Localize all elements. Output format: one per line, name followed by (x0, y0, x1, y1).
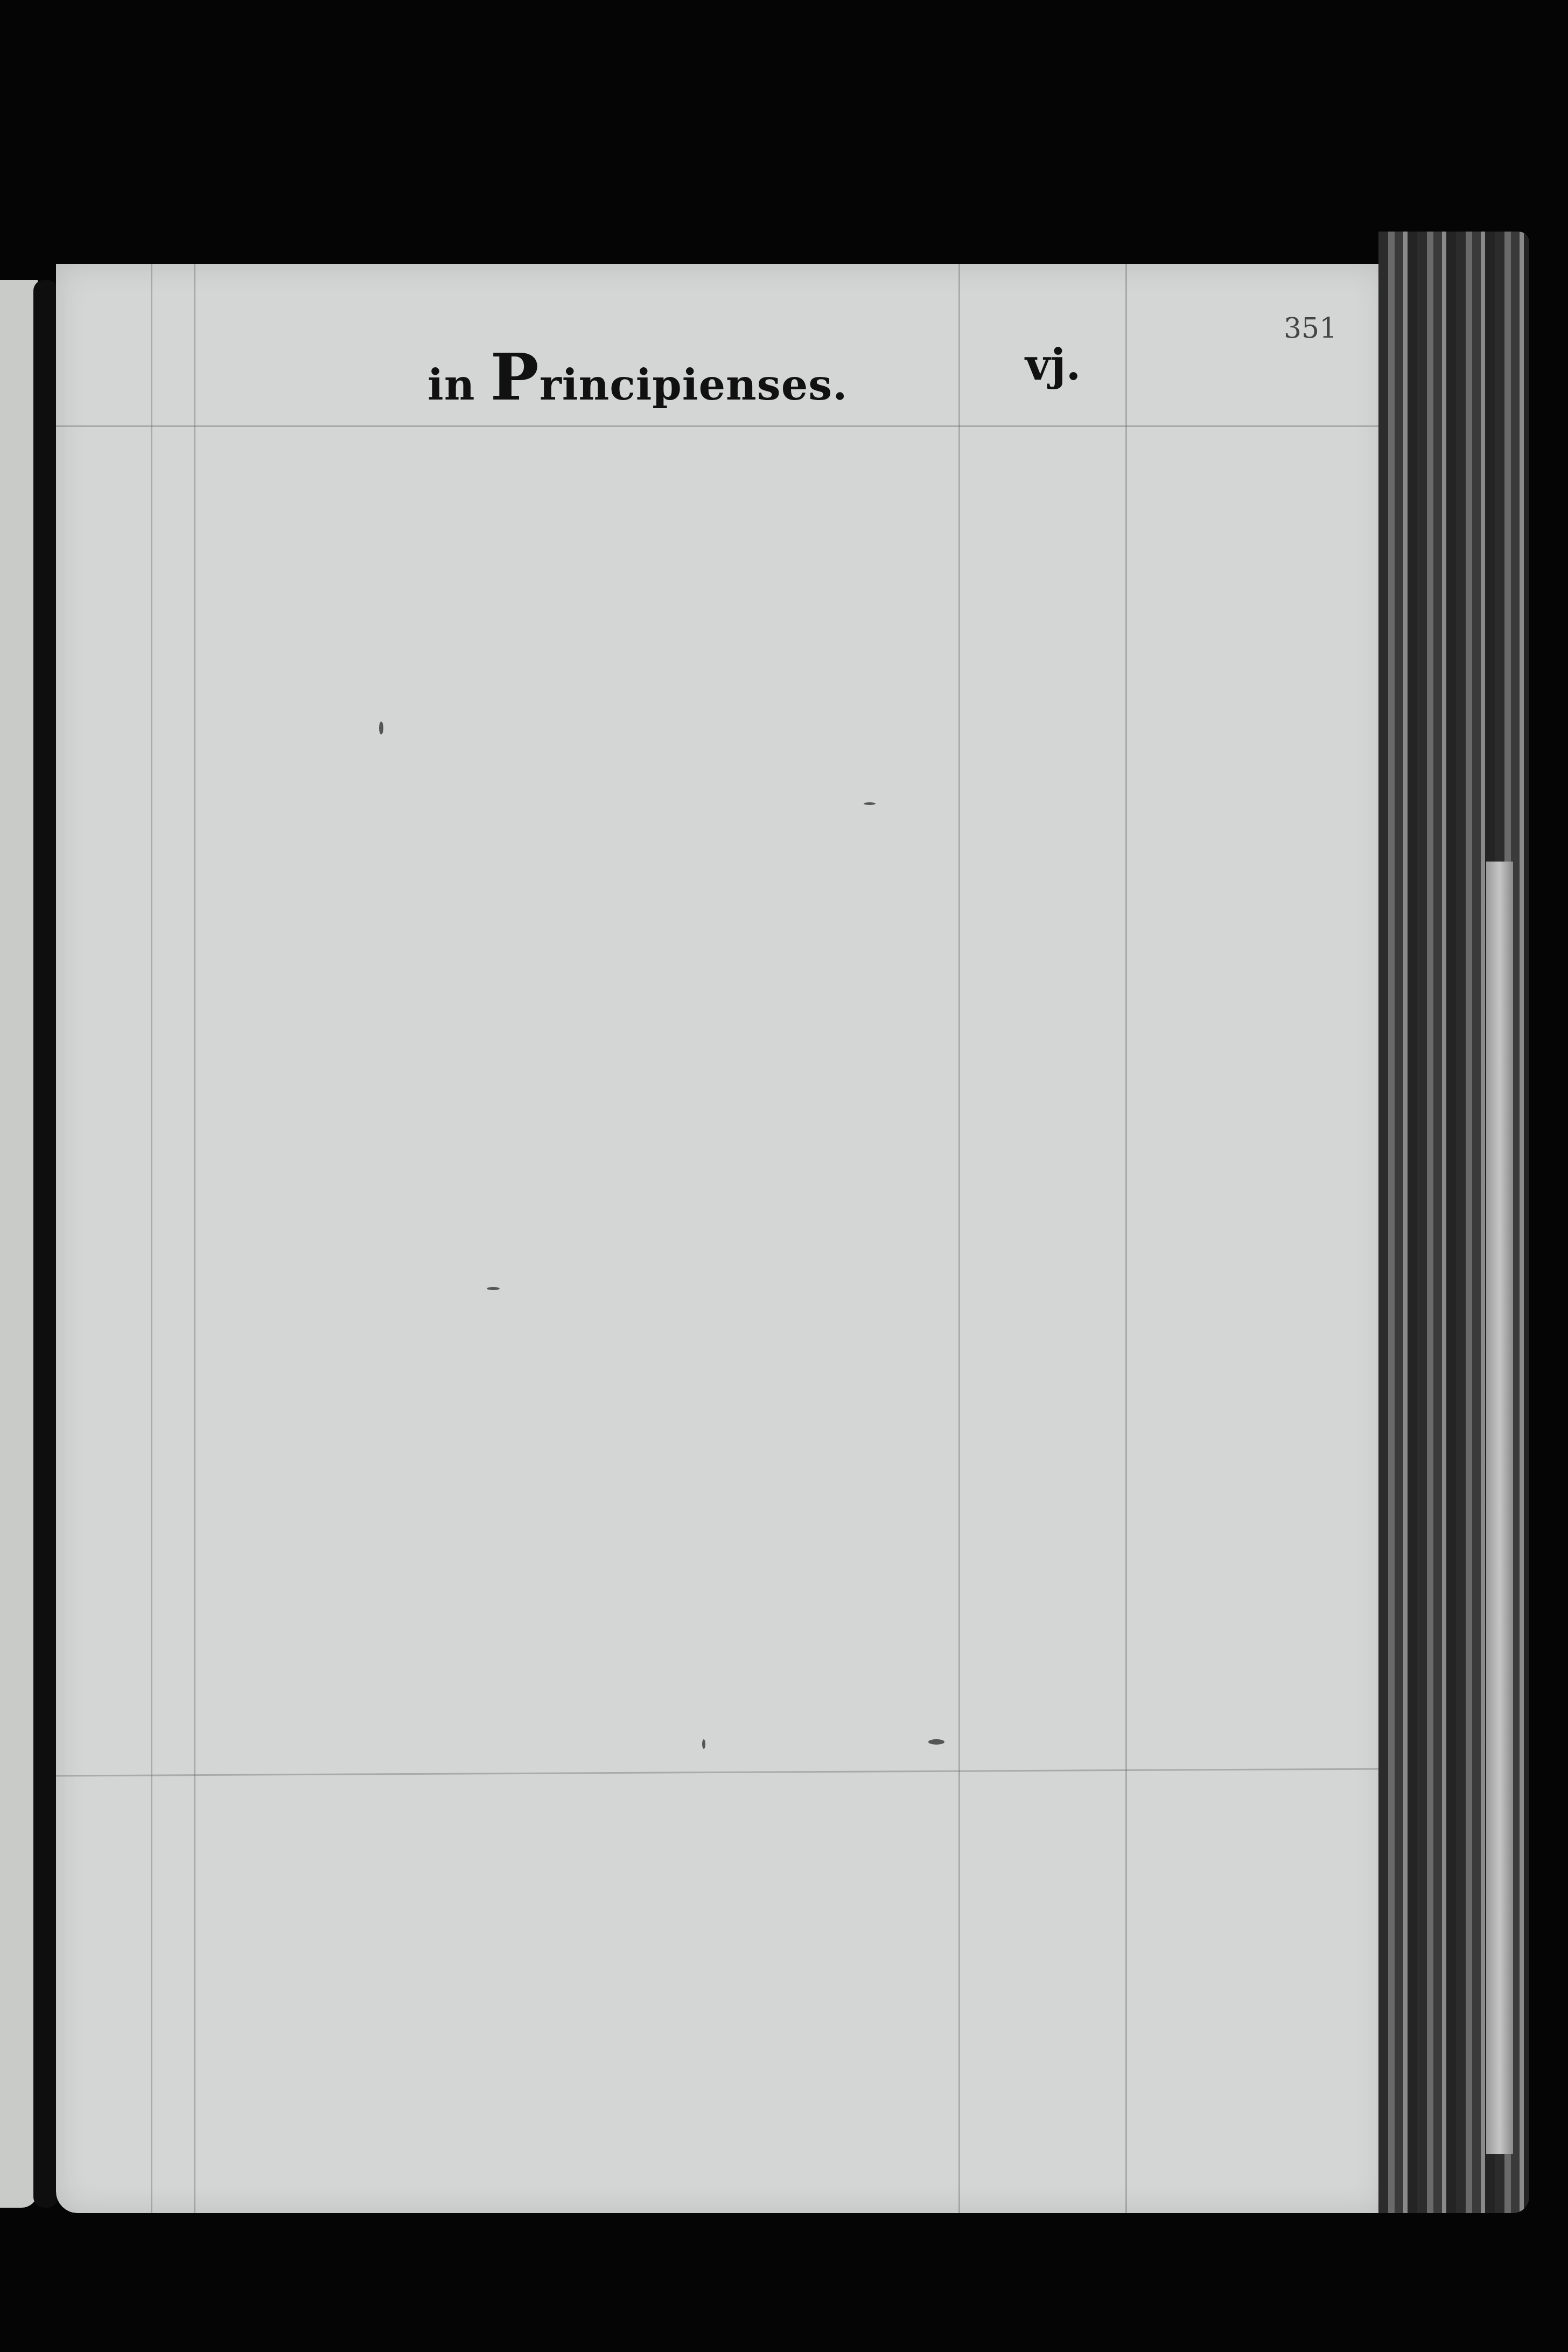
running-head-prefix: in (428, 361, 475, 410)
ink-speck (864, 802, 876, 805)
ink-speck (928, 1739, 944, 1745)
header-rule (56, 425, 1386, 427)
column-rule-right (1125, 264, 1127, 2213)
facing-left-page-edge (0, 280, 38, 2208)
section-number: vj. (1025, 339, 1081, 390)
running-head: in Principienses. (428, 339, 848, 415)
ink-speck (702, 1739, 705, 1749)
ink-speck (379, 722, 383, 734)
running-head-word: rincipienses. (540, 361, 848, 410)
margin-rule-left-outer (151, 264, 152, 2213)
column-rule-middle (958, 264, 960, 2213)
fore-edge-highlight (1486, 862, 1513, 2154)
running-head-initial: P (491, 339, 540, 415)
folio-number: 351 (1284, 312, 1337, 345)
book-gutter (33, 280, 58, 2208)
ink-speck (487, 1287, 500, 1290)
margin-rule-left-inner (194, 264, 195, 2213)
lower-rule (56, 1768, 1386, 1777)
ledger-page: in Principienses. vj. 351 (56, 264, 1386, 2213)
